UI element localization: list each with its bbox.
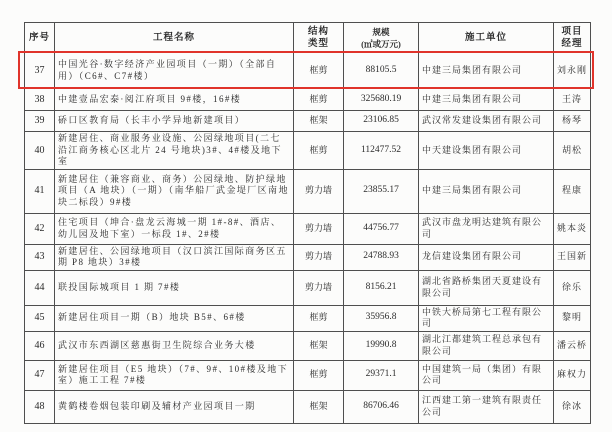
cell-no: 42 xyxy=(25,213,55,244)
cell-name: 硚口区教育局（长丰小学异地新建项目） xyxy=(55,111,294,132)
cell-no: 46 xyxy=(25,331,55,360)
table-row: 39硚口区教育局（长丰小学异地新建项目）框架23106.85武汉常发建设集团有限… xyxy=(25,111,591,132)
cell-structure: 框架 xyxy=(294,331,344,360)
cell-manager: 麻权力 xyxy=(554,360,591,390)
cell-structure: 框剪 xyxy=(294,360,344,390)
table-row: 41新建居住（兼容商业、商务）公园绿地、防护绿地项目（A 地块）（一期）（南华船… xyxy=(25,169,591,213)
cell-structure: 剪力墙 xyxy=(294,213,344,244)
cell-no: 37 xyxy=(25,53,55,89)
cell-name: 新建居住项目（E5 地块）（7#、9#、10#楼及地下室）施工工程 7#楼 xyxy=(55,360,294,390)
table-row: 44联投国际城项目 1 期 7#楼剪力墙8156.21湖北省路桥集团天夏建设有限… xyxy=(25,270,591,305)
col-header-project-name: 工程名称 xyxy=(55,23,294,53)
cell-contractor: 中国建筑一局（集团）有限公司 xyxy=(419,360,554,390)
cell-name: 新建居住、商业服务业设施、公园绿地项目(二七沿江商务核心区北片 24 号地块)3… xyxy=(55,132,294,170)
cell-scale: 44756.77 xyxy=(344,213,419,244)
cell-manager: 徐乐 xyxy=(554,270,591,305)
table-header-row: 序号 工程名称 结构 类型 规模 (㎡或万元) 施工单位 项目 经理 xyxy=(25,23,591,53)
table-row: 46武汉市东西湖区慈惠街卫生院综合业务大楼框架19990.8湖北江都建筑工程总承… xyxy=(25,331,591,360)
table-row: 45新建居住项目一期（B）地块 B5#、6#楼框剪35956.8中铁大桥局第七工… xyxy=(25,305,591,331)
cell-manager: 杨琴 xyxy=(554,111,591,132)
cell-manager: 程康 xyxy=(554,169,591,213)
cell-scale: 86706.46 xyxy=(344,390,419,423)
cell-contractor: 湖北江都建筑工程总承包有限公司 xyxy=(419,331,554,360)
cell-structure: 剪力墙 xyxy=(294,244,344,270)
cell-structure: 剪力墙 xyxy=(294,169,344,213)
col-header-structure-type: 结构 类型 xyxy=(294,23,344,53)
cell-name: 联投国际城项目 1 期 7#楼 xyxy=(55,270,294,305)
cell-no: 40 xyxy=(25,132,55,170)
cell-manager: 王国新 xyxy=(554,244,591,270)
cell-scale: 24788.93 xyxy=(344,244,419,270)
col-header-project-manager: 项目 经理 xyxy=(554,23,591,53)
cell-scale: 19990.8 xyxy=(344,331,419,360)
cell-scale: 8156.21 xyxy=(344,270,419,305)
projects-table: 序号 工程名称 结构 类型 规模 (㎡或万元) 施工单位 项目 经理 37中国光… xyxy=(24,22,591,424)
cell-scale: 23855.17 xyxy=(344,169,419,213)
col-header-serial: 序号 xyxy=(25,23,55,53)
table-row: 38中建壹品宏泰·阅江府项目 9#楼，16#楼框剪325680.19中建三局集团… xyxy=(25,89,591,111)
cell-no: 48 xyxy=(25,390,55,423)
cell-contractor: 武汉市盘龙明达建筑有限公司 xyxy=(419,213,554,244)
scanned-document-page: 序号 工程名称 结构 类型 规模 (㎡或万元) 施工单位 项目 经理 37中国光… xyxy=(0,0,612,432)
cell-contractor: 武汉常发建设集团有限公司 xyxy=(419,111,554,132)
cell-contractor: 龙信建设集团有限公司 xyxy=(419,244,554,270)
col-header-contractor: 施工单位 xyxy=(419,23,554,53)
cell-no: 39 xyxy=(25,111,55,132)
cell-manager: 胡松 xyxy=(554,132,591,170)
cell-structure: 框剪 xyxy=(294,53,344,89)
cell-manager: 潘云桥 xyxy=(554,331,591,360)
cell-structure: 框剪 xyxy=(294,132,344,170)
cell-contractor: 江西建工第一建筑有限责任公司 xyxy=(419,390,554,423)
cell-structure: 剪力墙 xyxy=(294,270,344,305)
cell-manager: 黎明 xyxy=(554,305,591,331)
cell-no: 43 xyxy=(25,244,55,270)
cell-name: 新建居住、公园绿地项目（汉口滨江国际商务区五期 P8 地块）3#楼 xyxy=(55,244,294,270)
cell-name: 武汉市东西湖区慈惠街卫生院综合业务大楼 xyxy=(55,331,294,360)
cell-no: 38 xyxy=(25,89,55,111)
cell-scale: 23106.85 xyxy=(344,111,419,132)
cell-name: 中建壹品宏泰·阅江府项目 9#楼，16#楼 xyxy=(55,89,294,111)
cell-name: 住宅项目（坤合·盘龙云海城一期 1#-8#、酒店、幼儿园及地下室）一标段 1#、… xyxy=(55,213,294,244)
cell-structure: 框架 xyxy=(294,111,344,132)
cell-scale: 325680.19 xyxy=(344,89,419,111)
cell-scale: 35956.8 xyxy=(344,305,419,331)
cell-scale: 112477.52 xyxy=(344,132,419,170)
cell-manager: 刘永刚 xyxy=(554,53,591,89)
cell-contractor: 中建三局集团有限公司 xyxy=(419,169,554,213)
cell-manager: 王涛 xyxy=(554,89,591,111)
cell-contractor: 湖北省路桥集团天夏建设有限公司 xyxy=(419,270,554,305)
cell-no: 45 xyxy=(25,305,55,331)
cell-name: 黄鹤楼卷烟包装印刷及辅材产业园项目一期 xyxy=(55,390,294,423)
cell-structure: 框剪 xyxy=(294,305,344,331)
cell-scale: 29371.1 xyxy=(344,360,419,390)
cell-contractor: 中天建设集团有限公司 xyxy=(419,132,554,170)
col-header-scale: 规模 (㎡或万元) xyxy=(344,23,419,53)
table-row: 42住宅项目（坤合·盘龙云海城一期 1#-8#、酒店、幼儿园及地下室）一标段 1… xyxy=(25,213,591,244)
cell-structure: 框剪 xyxy=(294,89,344,111)
cell-name: 新建居住（兼容商业、商务）公园绿地、防护绿地项目（A 地块）（一期）（南华船厂武… xyxy=(55,169,294,213)
cell-no: 41 xyxy=(25,169,55,213)
cell-manager: 徐冰 xyxy=(554,390,591,423)
cell-name: 中国光谷·数字经济产业园项目（一期）（全部自用）（C6#、C7#楼） xyxy=(55,53,294,89)
cell-no: 44 xyxy=(25,270,55,305)
cell-contractor: 中建三局集团有限公司 xyxy=(419,53,554,89)
table-row: 47新建居住项目（E5 地块）（7#、9#、10#楼及地下室）施工工程 7#楼框… xyxy=(25,360,591,390)
table-row: 48黄鹤楼卷烟包装印刷及辅材产业园项目一期框架86706.46江西建工第一建筑有… xyxy=(25,390,591,423)
cell-no: 47 xyxy=(25,360,55,390)
cell-contractor: 中铁大桥局第七工程有限公司 xyxy=(419,305,554,331)
cell-manager: 姚本炎 xyxy=(554,213,591,244)
cell-name: 新建居住项目一期（B）地块 B5#、6#楼 xyxy=(55,305,294,331)
table-row: 43新建居住、公园绿地项目（汉口滨江国际商务区五期 P8 地块）3#楼剪力墙24… xyxy=(25,244,591,270)
table-row: 40新建居住、商业服务业设施、公园绿地项目(二七沿江商务核心区北片 24 号地块… xyxy=(25,132,591,170)
cell-structure: 框架 xyxy=(294,390,344,423)
table-row: 37中国光谷·数字经济产业园项目（一期）（全部自用）（C6#、C7#楼）框剪88… xyxy=(25,53,591,89)
cell-scale: 88105.5 xyxy=(344,53,419,89)
cell-contractor: 中建三局集团有限公司 xyxy=(419,89,554,111)
